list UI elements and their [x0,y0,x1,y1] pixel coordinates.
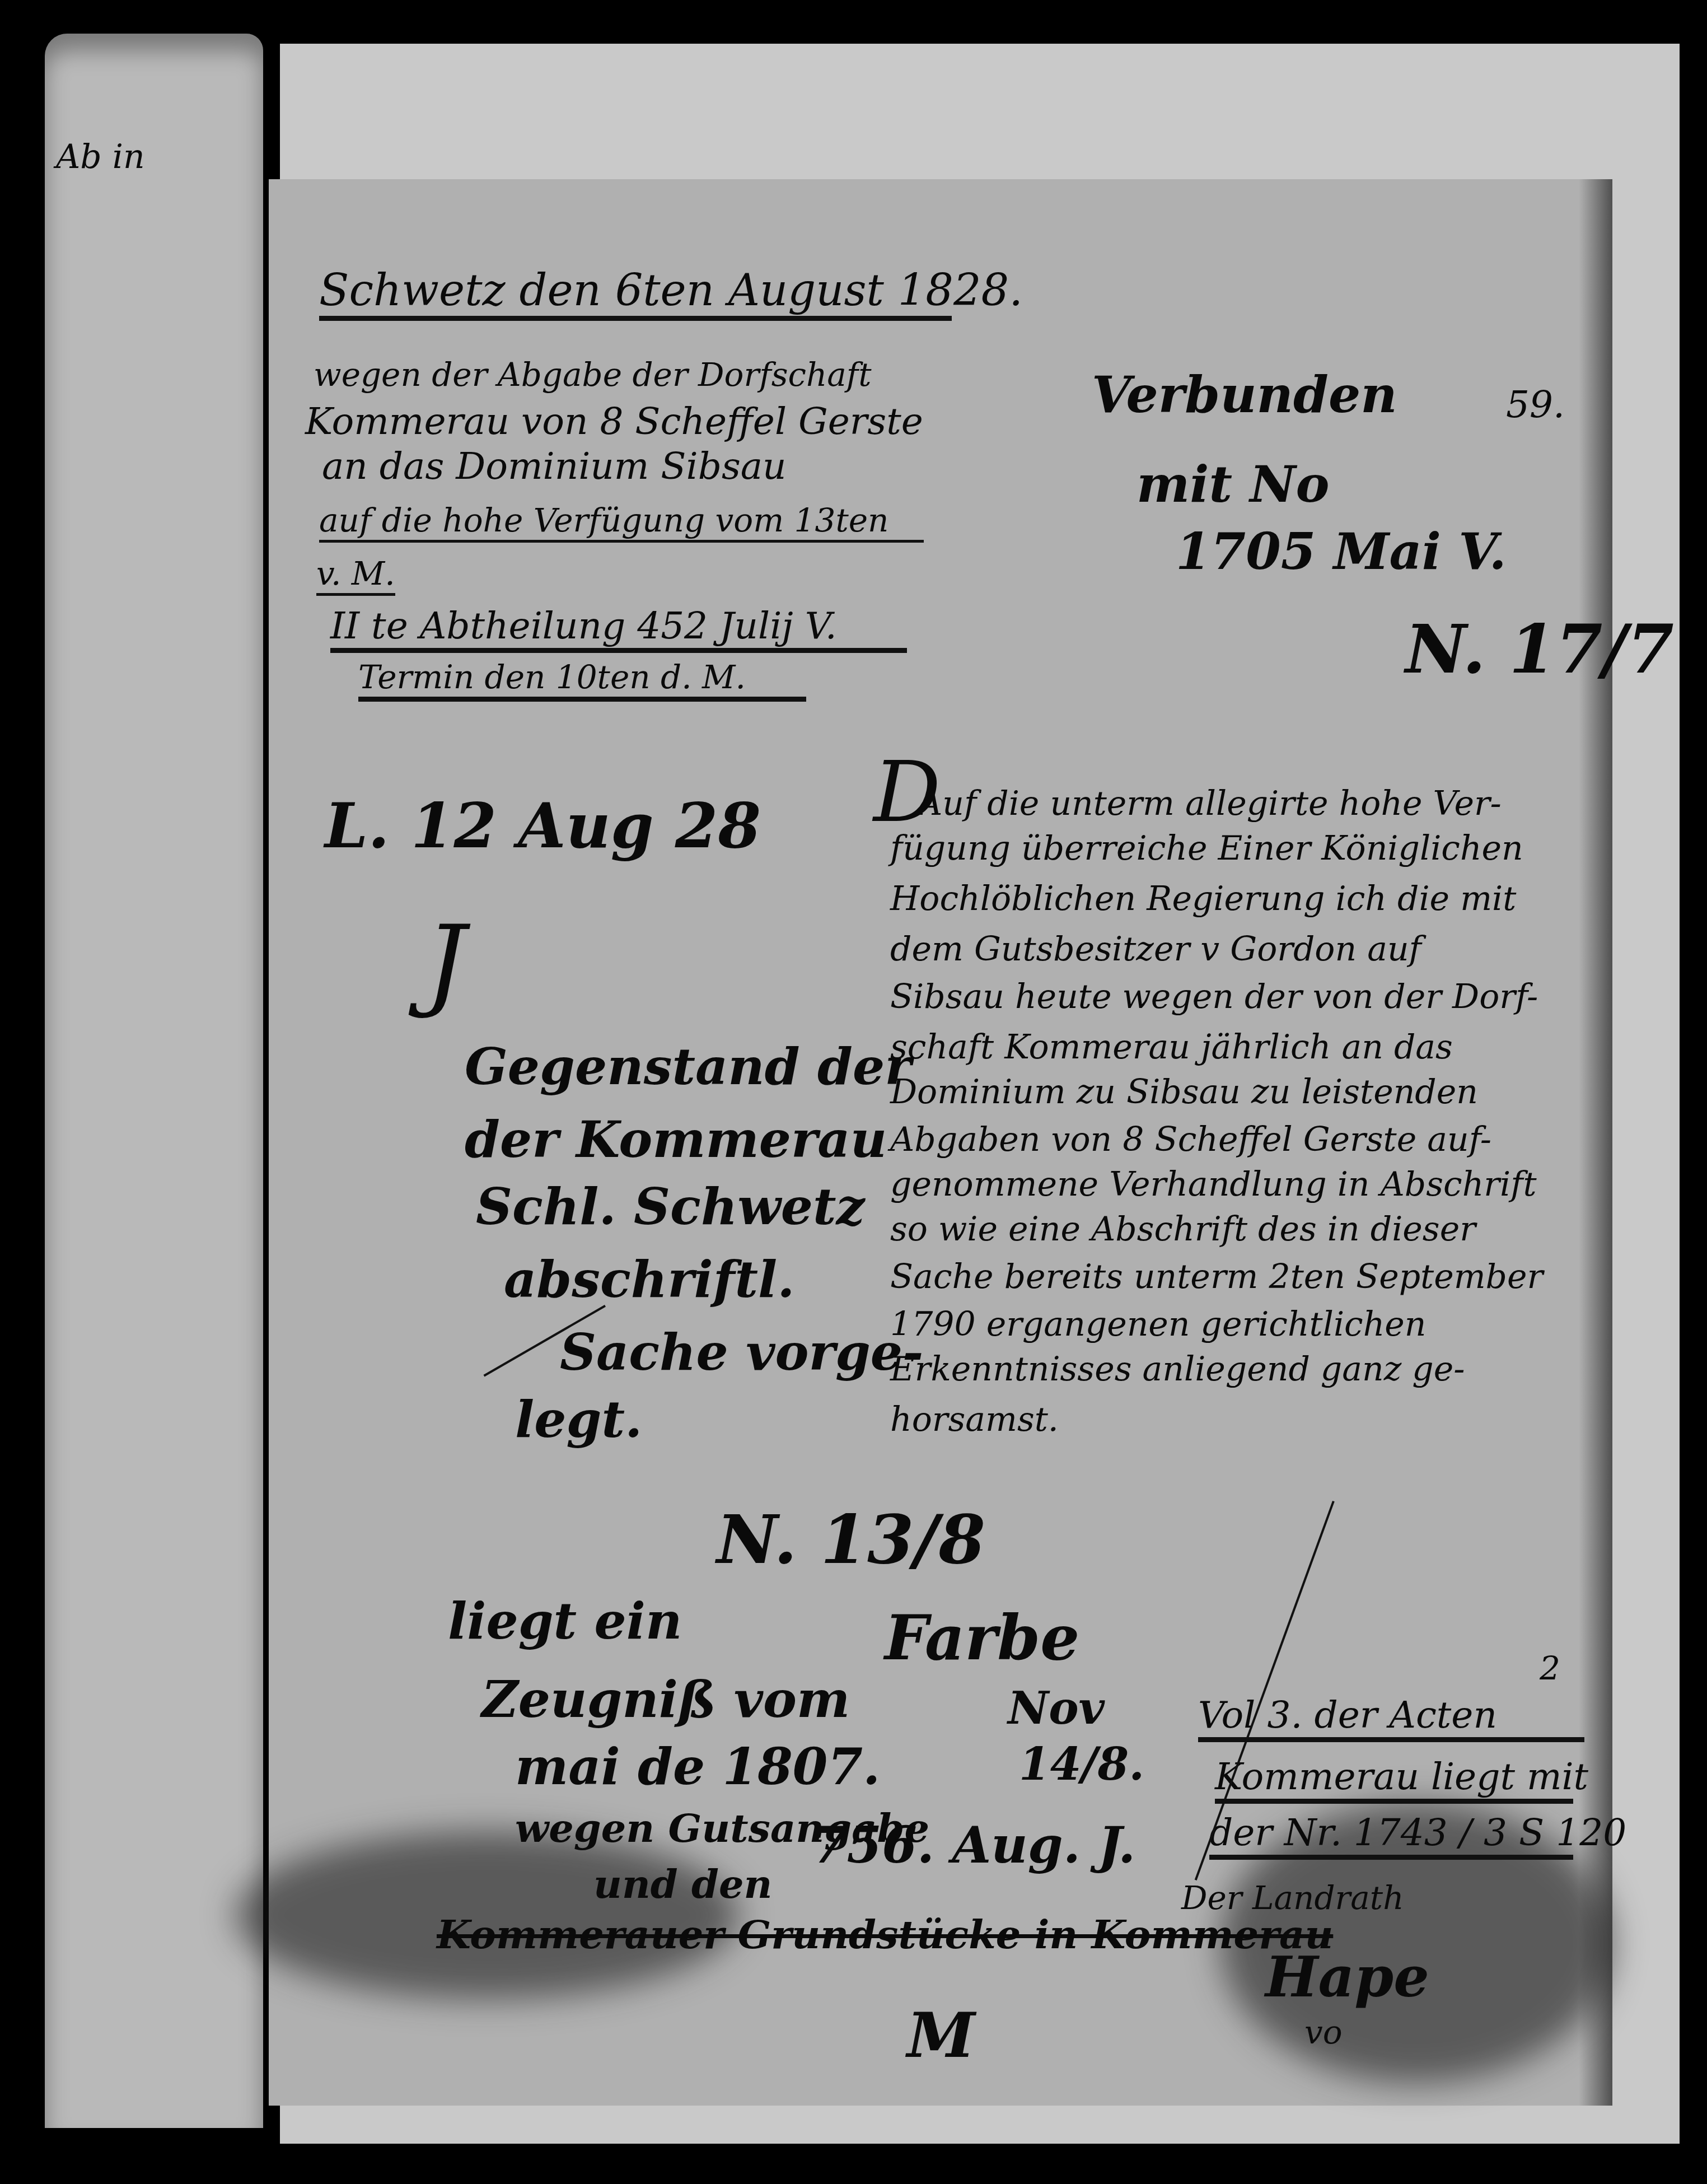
amount-note: 756. Aug. J. [812,1820,1135,1870]
subject-line: wegen der Abgabe der Dorfschaft [314,358,872,391]
lower-note-line: und den [593,1865,772,1904]
registry-number: N. 17/7 [1405,616,1674,683]
margin-note-line: Gegenstand der [465,1042,911,1092]
margin-note-line: der Kommerau [465,1114,887,1165]
superscript: 2 [1540,1652,1560,1684]
lower-note-line: Zeugniß vom [481,1674,850,1725]
signature-title: Der Landrath [1181,1882,1404,1914]
filing-line: der Nr. 1743 / 3 S 120 [1209,1814,1573,1860]
signature-name: Hape [1265,1949,1429,2005]
body-line: so wie eine Abschrift des in dieser [890,1210,1476,1249]
body-line: Erkenntnisses anliegend ganz ge- [890,1350,1465,1389]
subject-line: II te Abtheilung 452 Julij V. [330,608,907,653]
body-line: Dominium zu Sibsau zu leistenden [890,1072,1478,1112]
body-line: Auf die unterm allegirte hohe Ver- [918,784,1502,823]
lower-note-line: mai de 1807. [515,1742,880,1792]
filing-line: Kommerau liegt mit [1215,1758,1573,1804]
struck-line: Kommerauer Grundstücke in Kommerau [437,1915,1333,1954]
initials: M [907,2005,975,2066]
lower-note-line: liegt ein [448,1596,682,1646]
date-note: Nov [1008,1686,1105,1730]
body-line: genommene Verhandlung in Abschrift [890,1165,1537,1204]
subject-line: Termin den 10ten d. M. [358,661,806,702]
filing-line: Vol 3. der Acten [1198,1697,1584,1742]
folio-number: 59. [1506,386,1565,423]
body-line: dem Gutsbesitzer v Gordon auf [890,930,1421,969]
margin-note-line: legt. [515,1394,642,1445]
body-line: fügung überreiche Einer Königlichen [890,829,1523,868]
strip-margin-text: Ab in [56,140,145,174]
subject-line: an das Dominium Sibsau [322,448,787,485]
body-line: schaft Kommerau jährlich an das [890,1028,1453,1067]
margin-note-line: abschriftl. [504,1254,795,1305]
note-line: mit No [1137,459,1330,510]
note-line: Verbunden [1092,370,1397,420]
body-line: Abgaben von 8 Scheffel Gerste auf- [890,1120,1491,1159]
margin-number: N. 13/8 [717,1506,985,1574]
dateline: Schwetz den 6ten August 1828. [319,269,952,321]
subject-line: auf die hohe Verfügung vom 13ten [319,504,924,543]
reference-note: L. 12 Aug 28 [325,795,761,857]
margin-note-line: Schl. Schwetz [476,1182,865,1232]
signature-center: Farbe [885,1607,1079,1669]
body-line: Sibsau heute wegen der von der Dorf- [890,977,1538,1016]
mark-j: J [425,913,466,1014]
left-binding-strip: Ab in [45,34,263,2128]
date-note: 14/8. [1019,1742,1144,1786]
subject-line: Kommerau von 8 Scheffel Gerste [305,403,923,440]
margin-note-line: Sache vorge- [560,1327,923,1378]
body-line: Hochlöblichen Regierung ich die mit [890,879,1516,918]
body-line: 1790 ergangenen gerichtlichen [890,1305,1426,1344]
body-line: horsamst. [890,1400,1059,1439]
signature-suffix: vo [1304,2016,1343,2048]
body-line: Sache bereits unterm 2ten September [890,1257,1543,1296]
subject-line: v. M. [316,557,395,596]
note-line: 1705 Mai V. [1176,526,1507,577]
